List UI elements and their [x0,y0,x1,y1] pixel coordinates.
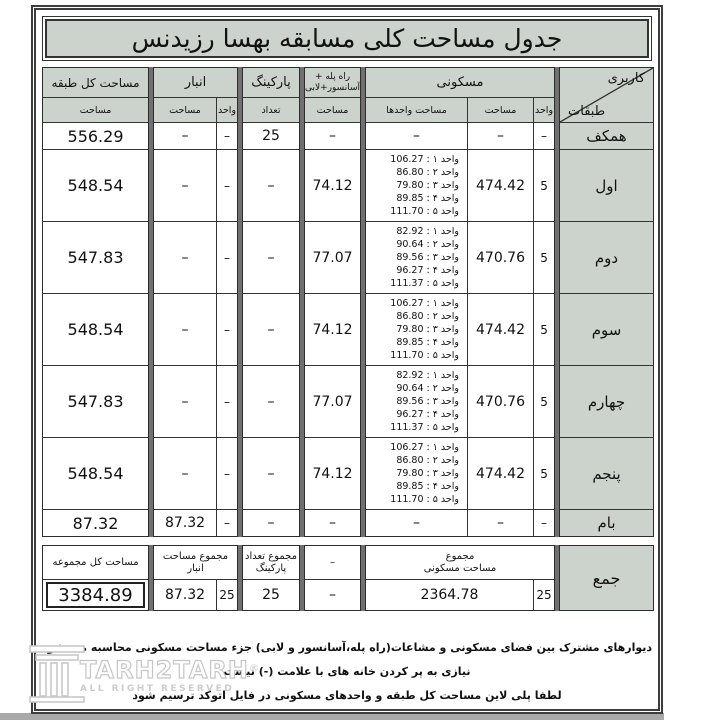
cell-floor-1: اول [560,149,653,221]
column-group-residential: مسکونی واحد مساحت مساحت واحدها –––5474.4… [365,67,555,537]
cell-storage-6: –87.32 [154,509,237,536]
cell-floor-0: همکف [560,123,653,149]
cell-res-units-area-0: – [366,123,467,149]
sheet-inner-frame: جدول مساحت کلی مسابقه بهسا رزیدنس کاربری… [34,8,660,711]
totals-storage-header-line1: مجموع مساحت [163,551,228,563]
totals-grand-value-row: 3384.89 [43,580,148,610]
cell-res-units-area-2: واحد ۱ : 82.92واحد ۲ : 90.64واحد ۳ : 89.… [366,222,467,293]
cell-res-3: 5474.42واحد ۱ : 106.27واحد ۲ : 86.80واحد… [366,293,554,365]
cell-res-6: ––– [366,509,554,536]
storage-column: –––––––––––––87.32 [154,123,237,536]
cell-stairs-4: 77.07 [305,365,360,437]
totals-parking: مجموع تعداد پارکینگ 25 [242,545,300,611]
cell-stairs-5: 74.12 [305,437,360,509]
totals-section: جمع مجموع مساحت مسکونی 25 2364.78 – – [42,545,654,611]
totals-res-header-line1: مجموع [446,551,475,563]
subheader-parking: تعداد [243,98,299,123]
cell-total-5: 548.54 [43,437,148,509]
floors-label: طبقات [568,104,605,119]
subheader-storage-unit: واحد [216,98,237,122]
cell-res-1: 5474.42واحد ۱ : 106.27واحد ۲ : 86.80واحد… [366,149,554,221]
cell-parking-5: – [243,437,299,509]
header-stairs-line2: آسانسور+لابی [305,83,360,94]
totals-stairs-value-row: – [305,580,360,610]
column-group-floor-total: مساحت کل طبقه مساحت 556.29548.54547.8354… [42,67,149,537]
totals-residential-header: مجموع مساحت مسکونی [366,546,554,580]
cell-total-1: 548.54 [43,149,148,221]
cell-parking-1: – [243,149,299,221]
column-group-floors: کاربری طبقات همکفاولدومسومچهارمپنجمبام [559,67,654,537]
header-parking: پارکینگ [243,68,299,98]
cell-floor-2: دوم [560,221,653,293]
pillar-icon [28,638,86,704]
totals-label: جمع [593,569,621,588]
totals-res-header-line2: مساحت مسکونی [424,563,497,575]
totals-grand: مساحت کل مجموعه 3384.89 [42,545,149,611]
column-group-parking: پارکینگ تعداد 25–––––– [242,67,300,537]
totals-parking-value-row: 25 [243,580,299,610]
cell-total-3: 548.54 [43,293,148,365]
cell-storage-5: –– [154,437,237,509]
cell-storage-4: –– [154,365,237,437]
residential-column: –––5474.42واحد ۱ : 106.27واحد ۲ : 86.80و… [366,123,554,536]
cell-stairs-2: 77.07 [305,221,360,293]
totals-stairs-value: – [305,580,360,610]
table-title-box: جدول مساحت کلی مسابقه بهسا رزیدنس [42,16,652,61]
cell-res-units-area-5: واحد ۱ : 106.27واحد ۲ : 86.80واحد ۳ : 79… [366,438,467,509]
subheader-floor-total-area: مساحت [43,98,148,122]
header-stairs-elevator-lobby: راه پله + آسانسور+لابی [305,68,360,98]
totals-res-unit-count: 25 [533,580,554,610]
totals-res-area: 2364.78 [366,580,533,610]
cell-storage-2: –– [154,221,237,293]
subheader-storage: واحد مساحت [154,98,237,123]
totals-storage: مجموع مساحت انبار 25 87.32 [153,545,238,611]
cell-res-units-area-6: – [366,510,467,536]
cell-parking-4: – [243,365,299,437]
subheader-residential: واحد مساحت مساحت واحدها [366,98,554,123]
cell-total-2: 547.83 [43,221,148,293]
parking-column: 25–––––– [243,123,299,536]
cell-floor-4: چهارم [560,365,653,437]
cell-res-2: 5470.76واحد ۱ : 82.92واحد ۲ : 90.64واحد … [366,221,554,293]
cell-res-0: ––– [366,123,554,149]
floor-total-column: 556.29548.54547.83548.54547.83548.5487.3… [43,123,148,536]
subheader-res-area: مساحت [467,98,533,122]
watermark-rights: ALL RIGHT RESERVED [80,684,259,694]
subheader-parking-count: تعداد [243,98,299,122]
cell-floor-6: بام [560,509,653,536]
header-usage-floors: کاربری طبقات [560,68,653,123]
cell-res-5: 5474.42واحد ۱ : 106.27واحد ۲ : 86.80واحد… [366,437,554,509]
cell-total-0: 556.29 [43,123,148,149]
cell-parking-0: 25 [243,123,299,149]
cell-floor-3: سوم [560,293,653,365]
totals-residential-values: 25 2364.78 [366,580,554,610]
column-group-storage: انبار واحد مساحت –––––––––––––87.32 [153,67,238,537]
totals-parking-header-line2: پارکینگ [256,563,286,575]
header-storage: انبار [154,68,237,98]
totals-storage-area: 87.32 [154,580,216,610]
cell-stairs-3: 74.12 [305,293,360,365]
cell-res-4: 5470.76واحد ۱ : 82.92واحد ۲ : 90.64واحد … [366,365,554,437]
stairs-column: –74.1277.0774.1277.0774.12– [305,123,360,536]
cell-parking-3: – [243,293,299,365]
cell-storage-0: –– [154,123,237,149]
cell-stairs-6: – [305,509,360,536]
table-title: جدول مساحت کلی مسابقه بهسا رزیدنس [45,19,649,58]
totals-residential: مجموع مساحت مسکونی 25 2364.78 [365,545,555,611]
cell-total-4: 547.83 [43,365,148,437]
subheader-floor-total: مساحت [43,98,148,123]
cell-res-units-area-3: واحد ۱ : 106.27واحد ۲ : 86.80واحد ۳ : 79… [366,294,467,365]
usage-label: کاربری [608,71,645,86]
totals-storage-header: مجموع مساحت انبار [154,546,237,580]
subheader-res-units-area: مساحت واحدها [366,98,467,122]
watermark-text: TARH2TARH® ALL RIGHT RESERVED [80,656,259,694]
cell-res-units-area-4: واحد ۱ : 82.92واحد ۲ : 90.64واحد ۳ : 89.… [366,366,467,437]
cell-total-6: 87.32 [43,509,148,536]
totals-label-cell: جمع [559,545,654,611]
cell-parking-6: – [243,509,299,536]
subheader-res-unit: واحد [533,98,554,122]
column-group-stairs: راه پله + آسانسور+لابی مساحت –74.1277.07… [304,67,361,537]
cell-floor-5: پنجم [560,437,653,509]
watermark-brand: TARH2TARH [80,656,249,684]
subheader-stairs: مساحت [305,98,360,123]
cell-parking-2: – [243,221,299,293]
registered-icon: ® [249,664,259,675]
header-floor-total: مساحت کل طبقه [43,68,148,98]
cell-stairs-1: 74.12 [305,149,360,221]
watermark-logo: TARH2TARH® ALL RIGHT RESERVED [28,638,259,704]
totals-parking-header: مجموع تعداد پارکینگ [243,546,299,580]
totals-storage-values: 25 87.32 [154,580,237,610]
subheader-storage-area: مساحت [154,98,216,122]
header-stairs-line1: راه پله + [315,72,350,83]
sheet-frame: جدول مساحت کلی مسابقه بهسا رزیدنس کاربری… [31,5,663,714]
totals-grand-header: مساحت کل مجموعه [43,546,148,580]
totals-parking-value: 25 [243,580,299,610]
totals-grand-value: 3384.89 [46,582,145,608]
subheader-stairs-area: مساحت [305,98,360,122]
totals-stairs-header: – [305,546,360,580]
cell-storage-3: –– [154,293,237,365]
totals-parking-header-line1: مجموع تعداد [245,551,297,563]
header-residential: مسکونی [366,68,554,98]
totals-stairs: – – [304,545,361,611]
cell-stairs-0: – [305,123,360,149]
floor-labels-column: همکفاولدومسومچهارمپنجمبام [560,123,653,536]
cell-storage-1: –– [154,149,237,221]
sheet-bottom-strip [0,713,664,720]
area-table: کاربری طبقات همکفاولدومسومچهارمپنجمبام م… [42,67,654,537]
cell-res-units-area-1: واحد ۱ : 106.27واحد ۲ : 86.80واحد ۳ : 79… [366,150,467,221]
totals-storage-header-line2: انبار [187,563,203,575]
totals-storage-unit-count: 25 [216,580,237,610]
